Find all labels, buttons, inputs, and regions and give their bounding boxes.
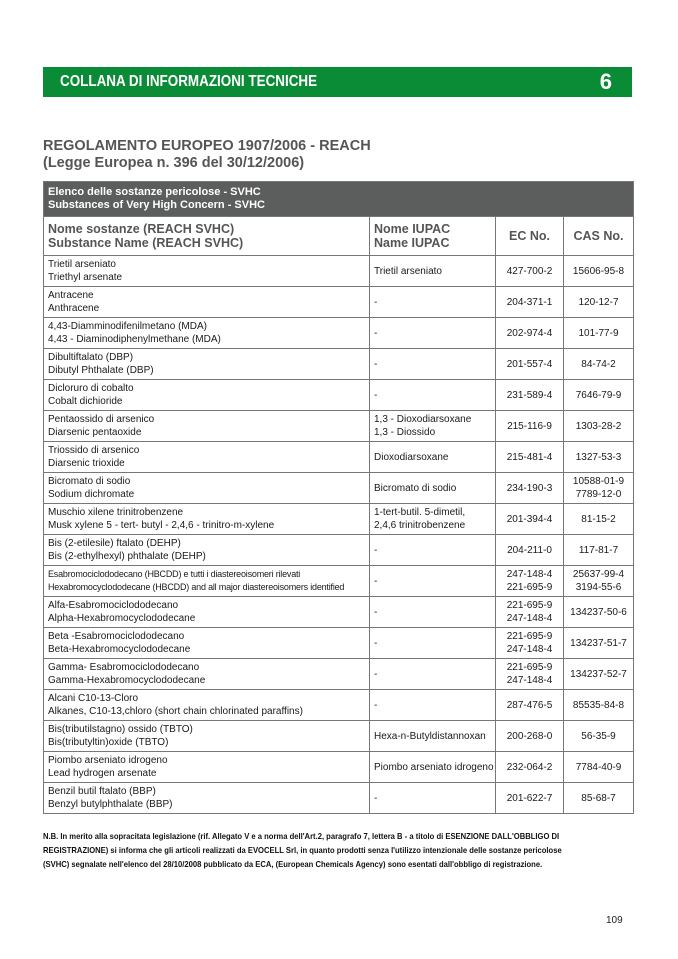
cell-ec-no: 247-148-4221-695-9 (496, 566, 564, 597)
cell-ec-no: 221-695-9247-148-4 (496, 597, 564, 628)
footnote-line: REGISTRAZIONE) si informa che gli artico… (43, 843, 595, 857)
cell-iupac-name: Piombo arseniato idrogeno (370, 752, 496, 783)
cell-substance-name: AntraceneAnthracene (44, 287, 370, 318)
cell-cas-no: 120-12-7 (564, 287, 634, 318)
cell-iupac-name: 1,3 - Dioxodiarsoxane1,3 - Diossido (370, 411, 496, 442)
cell-substance-name: 4,43-Diamminodifenilmetano (MDA)4,43 - D… (44, 318, 370, 349)
table-row: Piombo arseniato idrogenoLead hydrogen a… (44, 752, 634, 783)
cell-cas-no: 117-81-7 (564, 535, 634, 566)
cell-substance-name: Dibultiftalato (DBP)Dibutyl Phthalate (D… (44, 349, 370, 380)
footnote-line: (SVHC) segnalate nell'elenco del 28/10/2… (43, 857, 595, 871)
cell-iupac-name: Hexa-n-Butyldistannoxan (370, 721, 496, 752)
cell-cas-no: 7646-79-9 (564, 380, 634, 411)
heading-line-1: REGOLAMENTO EUROPEO 1907/2006 - REACH (43, 138, 371, 155)
table-row: Alfa-EsabromociclododecanoAlpha-Hexabrom… (44, 597, 634, 628)
cell-cas-no: 10588-01-97789-12-0 (564, 473, 634, 504)
cell-cas-no: 84-74-2 (564, 349, 634, 380)
svhc-table: Elenco delle sostanze pericolose - SVHC … (43, 181, 634, 814)
table-row: Triossido di arsenicoDiarsenic trioxideD… (44, 442, 634, 473)
banner-title: COLLANA DI INFORMAZIONI TECNICHE (60, 73, 317, 91)
table-row: Esabromociclododecano (HBCDD) e tutti i … (44, 566, 634, 597)
cell-iupac-name: Trietil arseniato (370, 256, 496, 287)
table-body: Trietil arseniatoTriethyl arsenateTrieti… (44, 256, 634, 814)
cell-ec-no: 232-064-2 (496, 752, 564, 783)
cell-cas-no: 101-77-9 (564, 318, 634, 349)
section-number: 6 (600, 69, 612, 95)
cell-ec-no: 215-116-9 (496, 411, 564, 442)
table-caption-row: Elenco delle sostanze pericolose - SVHC … (44, 182, 634, 217)
cell-iupac-name: - (370, 659, 496, 690)
cell-substance-name: Gamma- EsabromociclododecanoGamma-Hexabr… (44, 659, 370, 690)
table-caption: Elenco delle sostanze pericolose - SVHC … (44, 182, 634, 217)
cell-ec-no: 204-211-0 (496, 535, 564, 566)
heading-line-2: (Legge Europea n. 396 del 30/12/2006) (43, 155, 371, 172)
cell-substance-name: Muschio xilene trinitrobenzeneMusk xylen… (44, 504, 370, 535)
footnote: N.B. In merito alla sopracitata legislaz… (43, 829, 643, 871)
cell-substance-name: Esabromociclododecano (HBCDD) e tutti i … (44, 566, 370, 597)
cell-iupac-name: Dioxodiarsoxane (370, 442, 496, 473)
cell-substance-name: Piombo arseniato idrogenoLead hydrogen a… (44, 752, 370, 783)
cell-ec-no: 201-622-7 (496, 783, 564, 814)
col-header-cas-no: CAS No. (564, 217, 634, 256)
table-row: 4,43-Diamminodifenilmetano (MDA)4,43 - D… (44, 318, 634, 349)
cell-iupac-name: - (370, 318, 496, 349)
footnote-line: N.B. In merito alla sopracitata legislaz… (43, 829, 595, 843)
cell-substance-name: Bicromato di sodioSodium dichromate (44, 473, 370, 504)
cell-ec-no: 215-481-4 (496, 442, 564, 473)
cell-ec-no: 221-695-9247-148-4 (496, 628, 564, 659)
cell-iupac-name: - (370, 380, 496, 411)
cell-ec-no: 201-557-4 (496, 349, 564, 380)
cell-iupac-name: - (370, 349, 496, 380)
cell-iupac-name: - (370, 690, 496, 721)
cell-iupac-name: - (370, 628, 496, 659)
cell-substance-name: Benzil butil ftalato (BBP)Benzyl butylph… (44, 783, 370, 814)
table-row: Benzil butil ftalato (BBP)Benzyl butylph… (44, 783, 634, 814)
cell-substance-name: Pentaossido di arsenicoDiarsenic pentaox… (44, 411, 370, 442)
table-row: Bicromato di sodioSodium dichromateBicro… (44, 473, 634, 504)
cell-iupac-name: - (370, 597, 496, 628)
cell-cas-no: 134237-52-7 (564, 659, 634, 690)
cell-substance-name: Alcani C10-13-CloroAlkanes, C10-13,chlor… (44, 690, 370, 721)
cell-iupac-name: - (370, 535, 496, 566)
table-row: AntraceneAnthracene-204-371-1120-12-7 (44, 287, 634, 318)
cell-cas-no: 15606-95-8 (564, 256, 634, 287)
cell-cas-no: 134237-51-7 (564, 628, 634, 659)
cell-iupac-name: Bicromato di sodio (370, 473, 496, 504)
table-row: Alcani C10-13-CloroAlkanes, C10-13,chlor… (44, 690, 634, 721)
cell-ec-no: 200-268-0 (496, 721, 564, 752)
cell-ec-no: 427-700-2 (496, 256, 564, 287)
col-header-ec-no: EC No. (496, 217, 564, 256)
table-row: Muschio xilene trinitrobenzeneMusk xylen… (44, 504, 634, 535)
cell-substance-name: Triossido di arsenicoDiarsenic trioxide (44, 442, 370, 473)
table-row: Bis(tributilstagno) ossido (TBTO)Bis(tri… (44, 721, 634, 752)
cell-ec-no: 201-394-4 (496, 504, 564, 535)
table-row: Trietil arseniatoTriethyl arsenateTrieti… (44, 256, 634, 287)
cell-cas-no: 81-15-2 (564, 504, 634, 535)
cell-ec-no: 231-589-4 (496, 380, 564, 411)
cell-cas-no: 7784-40-9 (564, 752, 634, 783)
cell-cas-no: 134237-50-6 (564, 597, 634, 628)
cell-ec-no: 204-371-1 (496, 287, 564, 318)
table-row: Dicloruro di cobaltoCobalt dichioride-23… (44, 380, 634, 411)
col-header-substance-name: Nome sostanze (REACH SVHC) Substance Nam… (44, 217, 370, 256)
cell-substance-name: Beta -EsabromociclododecanoBeta-Hexabrom… (44, 628, 370, 659)
cell-iupac-name: - (370, 566, 496, 597)
cell-ec-no: 221-695-9247-148-4 (496, 659, 564, 690)
page-number: 109 (606, 915, 623, 926)
table-row: Dibultiftalato (DBP)Dibutyl Phthalate (D… (44, 349, 634, 380)
cell-substance-name: Bis(tributilstagno) ossido (TBTO)Bis(tri… (44, 721, 370, 752)
cell-iupac-name: - (370, 287, 496, 318)
table-row: Bis (2-etilesile) ftalato (DEHP)Bis (2-e… (44, 535, 634, 566)
column-header-row: Nome sostanze (REACH SVHC) Substance Nam… (44, 217, 634, 256)
cell-iupac-name: - (370, 783, 496, 814)
table-row: Beta -EsabromociclododecanoBeta-Hexabrom… (44, 628, 634, 659)
cell-ec-no: 287-476-5 (496, 690, 564, 721)
cell-iupac-name: 1-tert-butil. 5-dimetil,2,4,6 trinitrobe… (370, 504, 496, 535)
col-header-iupac-name: Nome IUPAC Name IUPAC (370, 217, 496, 256)
cell-cas-no: 56-35-9 (564, 721, 634, 752)
cell-ec-no: 202-974-4 (496, 318, 564, 349)
cell-cas-no: 85-68-7 (564, 783, 634, 814)
cell-substance-name: Dicloruro di cobaltoCobalt dichioride (44, 380, 370, 411)
cell-cas-no: 25637-99-43194-55-6 (564, 566, 634, 597)
page-heading: REGOLAMENTO EUROPEO 1907/2006 - REACH (L… (43, 138, 371, 172)
table-row: Pentaossido di arsenicoDiarsenic pentaox… (44, 411, 634, 442)
cell-cas-no: 1327-53-3 (564, 442, 634, 473)
cell-substance-name: Alfa-EsabromociclododecanoAlpha-Hexabrom… (44, 597, 370, 628)
section-banner: COLLANA DI INFORMAZIONI TECNICHE 6 (43, 67, 632, 97)
cell-substance-name: Trietil arseniatoTriethyl arsenate (44, 256, 370, 287)
cell-cas-no: 1303-28-2 (564, 411, 634, 442)
cell-ec-no: 234-190-3 (496, 473, 564, 504)
table-row: Gamma- EsabromociclododecanoGamma-Hexabr… (44, 659, 634, 690)
cell-cas-no: 85535-84-8 (564, 690, 634, 721)
cell-substance-name: Bis (2-etilesile) ftalato (DEHP)Bis (2-e… (44, 535, 370, 566)
